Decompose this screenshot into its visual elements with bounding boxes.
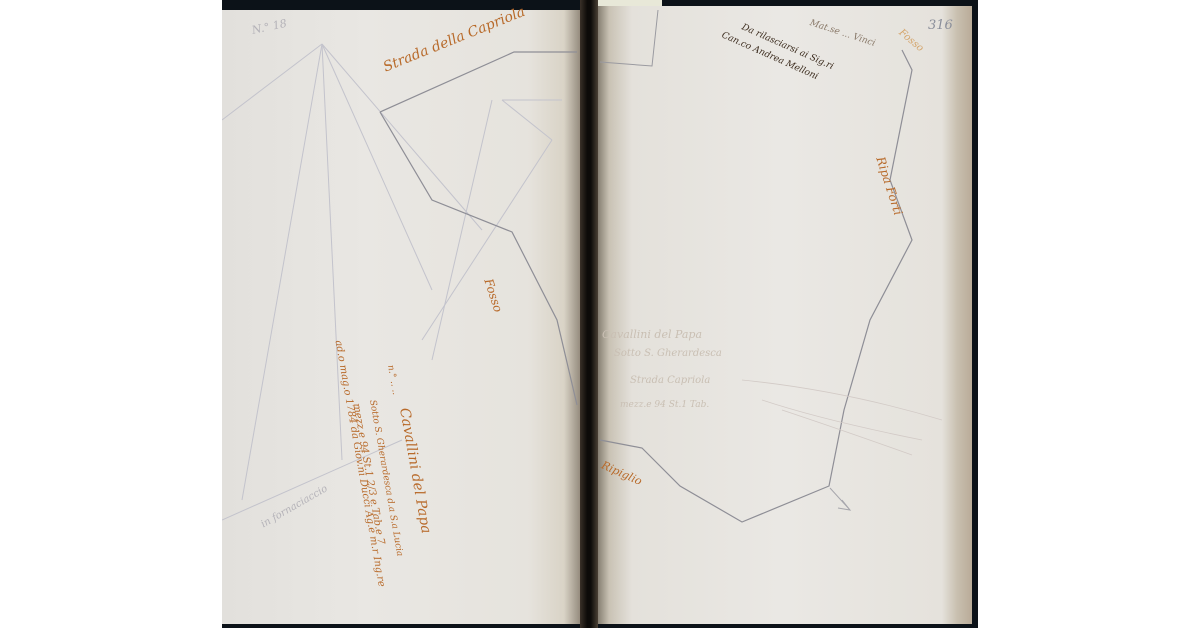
survey-lines — [222, 0, 978, 628]
manuscript-scan: Strada della Capriola Fosso Cavallini de… — [222, 0, 978, 628]
bleed-text-3: Strada Capriola — [630, 375, 710, 386]
bleed-text-2: Sotto S. Gherardesca — [614, 348, 722, 359]
construction-lines — [222, 44, 562, 520]
bleed-text-1: Cavallini del Papa — [602, 328, 702, 341]
bleed-text-4: mezz.e 94 St.1 Tab. — [620, 400, 709, 410]
page-number: 316 — [928, 18, 953, 33]
arrow-mark — [830, 488, 850, 510]
boundary-right — [600, 50, 912, 522]
